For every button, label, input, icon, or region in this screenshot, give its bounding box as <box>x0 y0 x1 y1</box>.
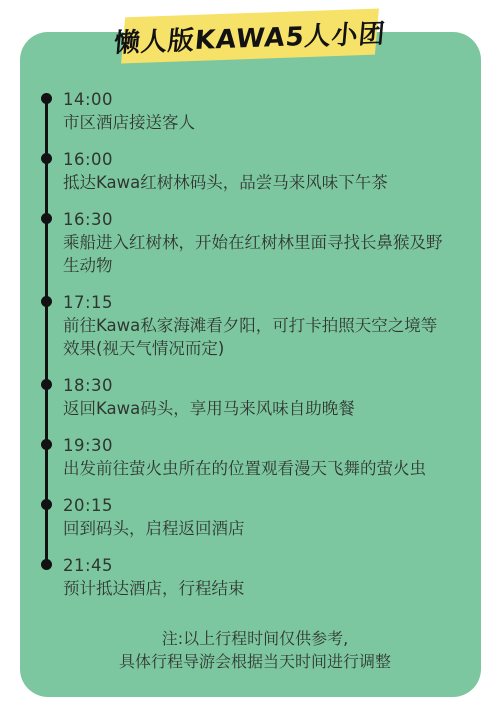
footnote-line-2: 具体行程导游会根据当天时间进行调整 <box>63 650 447 673</box>
poster-title: 懒人版KAWA5人小团 <box>113 13 388 60</box>
entry-time: 20:15 <box>63 494 447 517</box>
entry-description: 抵达Kawa红树林码头，品尝马来风味下午茶 <box>63 171 447 194</box>
entry-time: 14:00 <box>63 88 447 111</box>
timeline-dot-icon <box>41 439 52 450</box>
timeline-dot-icon <box>41 213 52 224</box>
timeline-dot-icon <box>41 153 52 164</box>
itinerary-card: 14:00 市区酒店接送客人 16:00 抵达Kawa红树林码头，品尝马来风味下… <box>20 32 481 697</box>
entry-time: 17:15 <box>63 291 447 314</box>
title-banner: 懒人版KAWA5人小团 <box>121 8 379 63</box>
entry-time: 18:30 <box>63 374 447 397</box>
itinerary-timeline: 14:00 市区酒店接送客人 16:00 抵达Kawa红树林码头，品尝马来风味下… <box>63 88 447 600</box>
timeline-entry: 19:30 出发前往萤火虫所在的位置观看漫天飞舞的萤火虫 <box>63 434 447 480</box>
footnote: 注:以上行程时间仅供参考, 具体行程导游会根据当天时间进行调整 <box>63 627 447 673</box>
timeline-entry: 21:45 预计抵达酒店，行程结束 <box>63 554 447 600</box>
entry-description: 市区酒店接送客人 <box>63 111 447 134</box>
footnote-line-1: 注:以上行程时间仅供参考, <box>63 627 447 650</box>
timeline-dot-icon <box>41 559 52 570</box>
timeline-entry: 20:15 回到码头，启程返回酒店 <box>63 494 447 540</box>
entry-time: 19:30 <box>63 434 447 457</box>
timeline-dot-icon <box>41 499 52 510</box>
entry-description: 预计抵达酒店，行程结束 <box>63 577 447 600</box>
entry-description: 回到码头，启程返回酒店 <box>63 517 447 540</box>
timeline-dot-icon <box>41 93 52 104</box>
entry-time: 21:45 <box>63 554 447 577</box>
entry-description: 前往Kawa私家海滩看夕阳，可打卡拍照天空之境等效果(视天气情况而定) <box>63 314 447 360</box>
timeline-entry: 16:00 抵达Kawa红树林码头，品尝马来风味下午茶 <box>63 148 447 194</box>
timeline-entry: 17:15 前往Kawa私家海滩看夕阳，可打卡拍照天空之境等效果(视天气情况而定… <box>63 291 447 360</box>
timeline-dot-icon <box>41 379 52 390</box>
timeline-entry: 14:00 市区酒店接送客人 <box>63 88 447 134</box>
entry-time: 16:30 <box>63 208 447 231</box>
timeline-entry: 16:30 乘船进入红树林，开始在红树林里面寻找长鼻猴及野生动物 <box>63 208 447 277</box>
itinerary-poster: 懒人版KAWA5人小团 14:00 市区酒店接送客人 16:00 抵达Kawa红… <box>0 0 500 723</box>
entry-description: 返回Kawa码头，享用马来风味自助晚餐 <box>63 397 447 420</box>
timeline-entry: 18:30 返回Kawa码头，享用马来风味自助晚餐 <box>63 374 447 420</box>
entry-time: 16:00 <box>63 148 447 171</box>
entry-description: 乘船进入红树林，开始在红树林里面寻找长鼻猴及野生动物 <box>63 231 447 277</box>
entry-description: 出发前往萤火虫所在的位置观看漫天飞舞的萤火虫 <box>63 457 447 480</box>
timeline-dot-icon <box>41 296 52 307</box>
